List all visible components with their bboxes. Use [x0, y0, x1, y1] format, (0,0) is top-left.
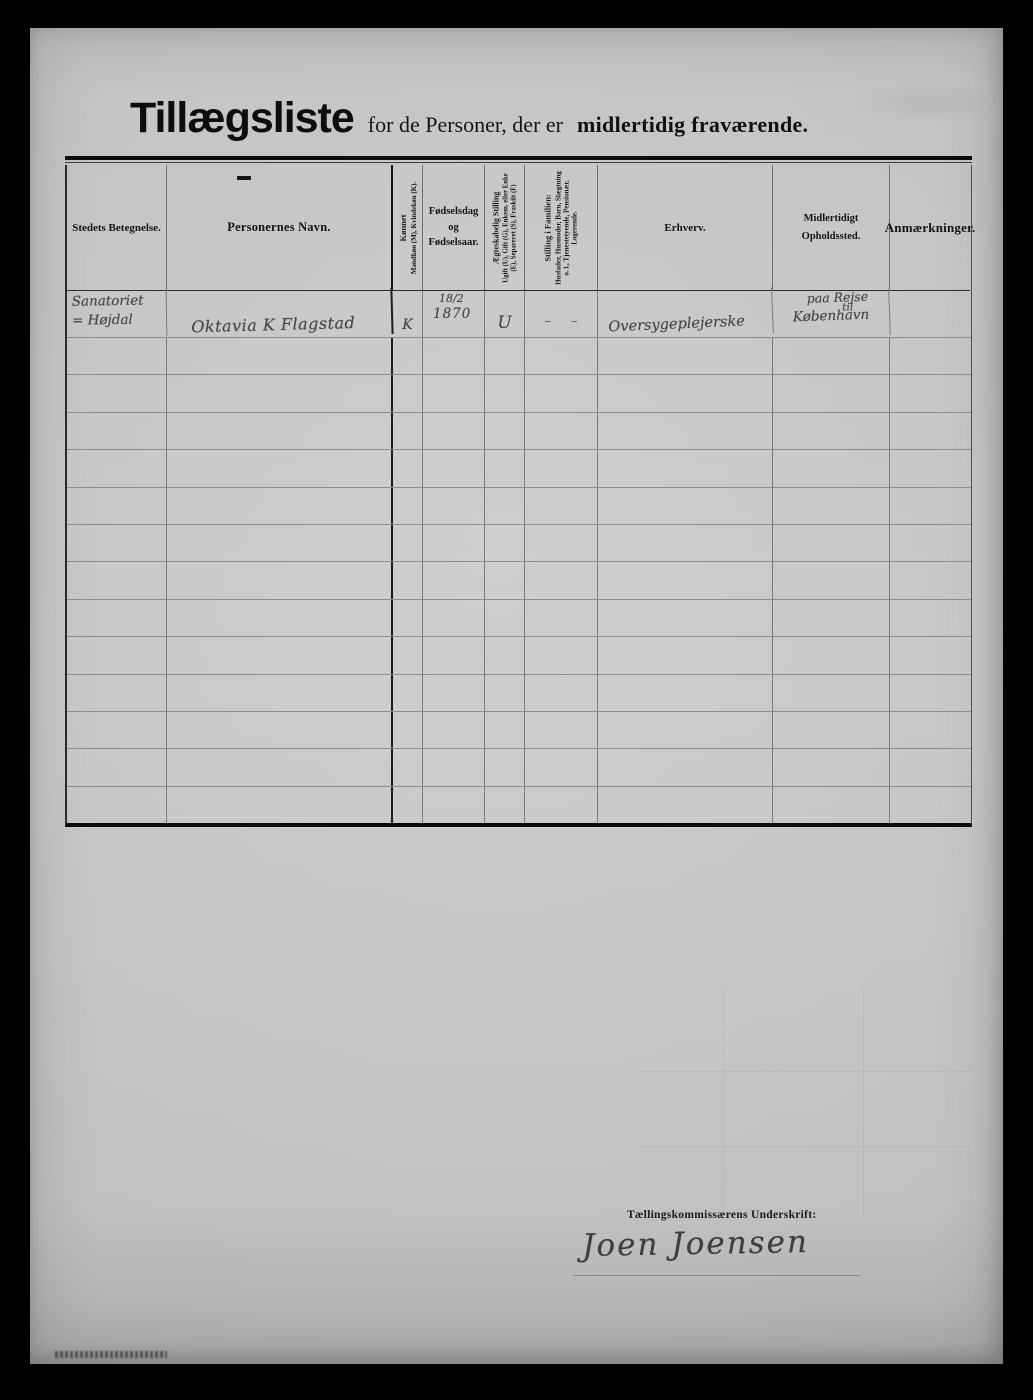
empty-cell: [423, 338, 485, 374]
empty-cell: [393, 675, 423, 711]
empty-cell: [598, 712, 773, 748]
signature-label: Tællingskommissærens Underskrift:: [627, 1209, 817, 1221]
header-stilling-i-familien: Stilling i Familien: Husfader, Husmoder,…: [525, 165, 598, 291]
page-title-rest: for de Personer, der er: [368, 112, 563, 138]
empty-cell: [423, 525, 485, 561]
empty-cell: [598, 637, 773, 673]
empty-cell: [485, 600, 525, 636]
empty-cell: [485, 338, 525, 374]
empty-cell: [773, 375, 890, 411]
empty-cell: [890, 338, 970, 374]
empty-cell: [423, 450, 485, 486]
empty-cell: [773, 338, 890, 374]
empty-cell: [598, 787, 773, 823]
scanned-census-page: Tillægsliste for de Personer, der er mid…: [0, 0, 1033, 1400]
bleedthrough-line: [723, 988, 724, 1216]
empty-cell: [167, 338, 393, 374]
empty-cell: [525, 600, 598, 636]
dash-mark: [237, 176, 251, 180]
empty-cell: [67, 562, 167, 598]
empty-cell: [393, 488, 423, 524]
empty-cell: [890, 413, 970, 449]
empty-cell: [393, 712, 423, 748]
page-title-main: Tillægsliste: [130, 94, 354, 143]
empty-cell: [485, 525, 525, 561]
empty-cell: [890, 600, 970, 636]
empty-cell: [167, 637, 393, 673]
empty-cell: [525, 787, 598, 823]
empty-cell: [67, 749, 167, 785]
census-table: Stedets Betegnelse. Personernes Navn. Kø…: [65, 165, 972, 827]
empty-cell: [167, 488, 393, 524]
empty-cell: [485, 450, 525, 486]
empty-cell: [485, 375, 525, 411]
empty-cell: [393, 600, 423, 636]
empty-cell: [485, 712, 525, 748]
empty-cell: [485, 675, 525, 711]
page-title-emphasis: midlertidig fraværende.: [577, 112, 808, 138]
empty-cell: [67, 675, 167, 711]
empty-cell: [393, 525, 423, 561]
header-personernes-navn: Personernes Navn.: [167, 165, 393, 291]
empty-cell: [598, 562, 773, 598]
empty-cell: [485, 488, 525, 524]
empty-cell: [525, 488, 598, 524]
empty-cell: [67, 525, 167, 561]
empty-cell: [67, 488, 167, 524]
empty-cell: [393, 413, 423, 449]
page-title: Tillægsliste for de Personer, der er mid…: [130, 94, 808, 143]
empty-cell: [890, 562, 970, 598]
empty-cell: [167, 525, 393, 561]
empty-cell: [525, 562, 598, 598]
header-stedets-betegnelse: Stedets Betegnelse.: [67, 165, 167, 291]
bleedthrough-line: [640, 1071, 970, 1072]
empty-cell: [890, 375, 970, 411]
empty-cell: [67, 450, 167, 486]
empty-cell: [598, 413, 773, 449]
empty-cell: [598, 450, 773, 486]
header-konnet: Kønnet Mandkøn (M), Kvindekøn (K).: [393, 165, 423, 291]
empty-cell: [890, 787, 970, 823]
empty-cell: [525, 675, 598, 711]
empty-cell: [423, 562, 485, 598]
empty-cell: [773, 712, 890, 748]
table-row-empty: [67, 450, 971, 487]
empty-cell: [393, 749, 423, 785]
printer-imprint: [55, 1351, 167, 1358]
paper-sheet: Tillægsliste for de Personer, der er mid…: [30, 28, 1003, 1364]
empty-cell: [167, 600, 393, 636]
empty-cell: [423, 375, 485, 411]
empty-cell: [525, 712, 598, 748]
empty-cell: [773, 488, 890, 524]
empty-cell: [485, 749, 525, 785]
empty-cell: [67, 637, 167, 673]
empty-cell: [167, 413, 393, 449]
empty-cell: [890, 450, 970, 486]
signature-underline: [573, 1275, 860, 1276]
empty-cell: [773, 787, 890, 823]
empty-cell: [167, 712, 393, 748]
empty-cell: [890, 712, 970, 748]
table-row-empty: [67, 488, 971, 525]
empty-cell: [485, 637, 525, 673]
empty-cell: [485, 787, 525, 823]
empty-cell: [485, 413, 525, 449]
empty-cell: [67, 413, 167, 449]
cell-anmaerkninger: [890, 291, 970, 337]
table-row-empty: [67, 637, 971, 674]
empty-cell: [423, 637, 485, 673]
empty-cell: [167, 562, 393, 598]
empty-cell: [67, 787, 167, 823]
empty-cell: [890, 749, 970, 785]
empty-cell: [67, 375, 167, 411]
ink-bleed-smudge: [840, 80, 1005, 125]
empty-cell: [598, 488, 773, 524]
cell-fodselsdato: 18/2 1870: [423, 291, 485, 337]
empty-cell: [67, 600, 167, 636]
table-row-empty: [67, 525, 971, 562]
table-row-empty: [67, 375, 971, 412]
table-row-empty: [67, 787, 971, 823]
empty-cell: [598, 600, 773, 636]
table-row-empty: [67, 338, 971, 375]
table-row-empty: [67, 675, 971, 712]
empty-cell: [525, 637, 598, 673]
empty-cell: [773, 562, 890, 598]
table-row-empty: [67, 600, 971, 637]
table-row-empty: [67, 562, 971, 599]
empty-cell: [598, 525, 773, 561]
empty-cell: [598, 749, 773, 785]
empty-cell: [485, 562, 525, 598]
empty-cell: [598, 338, 773, 374]
empty-cell: [423, 749, 485, 785]
cell-sted: Sanatoriet = Højdal: [67, 290, 168, 338]
empty-cell: [423, 488, 485, 524]
cell-familie: – –: [525, 291, 598, 337]
empty-cell: [167, 450, 393, 486]
signature-handwritten: Joen Joensen: [582, 1224, 809, 1264]
empty-cell: [393, 787, 423, 823]
title-rule-thick: [65, 156, 972, 160]
empty-cell: [525, 525, 598, 561]
empty-cell: [67, 712, 167, 748]
cell-konnet: K: [393, 291, 423, 337]
empty-cell: [773, 600, 890, 636]
table-body: Sanatoriet = Højdal Oktavia K Flagstad K…: [67, 291, 971, 823]
empty-cell: [525, 749, 598, 785]
empty-cell: [167, 675, 393, 711]
cell-navn: Oktavia K Flagstad: [166, 288, 393, 340]
table-row-empty: [67, 749, 971, 786]
empty-cell: [423, 413, 485, 449]
title-rule-thin: [65, 162, 972, 163]
empty-cell: [525, 413, 598, 449]
empty-cell: [525, 450, 598, 486]
header-aegteskabelig-stilling: Ægteskabelig Stilling Ugift (U), Gift (G…: [485, 165, 525, 291]
empty-cell: [890, 488, 970, 524]
empty-cell: [598, 375, 773, 411]
empty-cell: [773, 675, 890, 711]
bleedthrough-line: [863, 988, 864, 1216]
empty-cell: [393, 375, 423, 411]
empty-cell: [773, 450, 890, 486]
header-erhverv: Erhverv.: [598, 165, 773, 291]
empty-cell: [167, 749, 393, 785]
empty-cell: [773, 525, 890, 561]
table-row-empty: [67, 712, 971, 749]
cell-aegteskabelig: U: [485, 291, 525, 337]
header-fodselsdag: Fødselsdag og Fødselsaar.: [423, 165, 485, 291]
cell-opholdssted: paa Rejse til København: [772, 289, 891, 339]
empty-cell: [67, 338, 167, 374]
empty-cell: [423, 787, 485, 823]
empty-cell: [423, 712, 485, 748]
empty-cell: [393, 637, 423, 673]
empty-cell: [393, 562, 423, 598]
header-anmaerkninger: Anmærkninger.: [890, 165, 970, 291]
empty-cell: [393, 338, 423, 374]
cell-erhverv: Oversygeplejerske: [597, 287, 774, 341]
empty-cell: [773, 413, 890, 449]
empty-cell: [773, 749, 890, 785]
empty-cell: [167, 787, 393, 823]
empty-cell: [525, 375, 598, 411]
empty-cell: [167, 375, 393, 411]
header-midlertidigt-opholdssted: Midlertidigt Opholdssted.: [773, 165, 890, 291]
table-row-empty: [67, 413, 971, 450]
empty-cell: [890, 525, 970, 561]
empty-cell: [598, 675, 773, 711]
empty-cell: [890, 637, 970, 673]
empty-cell: [423, 600, 485, 636]
empty-cell: [393, 450, 423, 486]
empty-cell: [525, 338, 598, 374]
table-row-entry: Sanatoriet = Højdal Oktavia K Flagstad K…: [67, 291, 971, 338]
empty-cell: [773, 637, 890, 673]
table-header-row: Stedets Betegnelse. Personernes Navn. Kø…: [67, 165, 971, 291]
bleedthrough-line: [640, 1146, 970, 1147]
empty-cell: [890, 675, 970, 711]
empty-cell: [423, 675, 485, 711]
